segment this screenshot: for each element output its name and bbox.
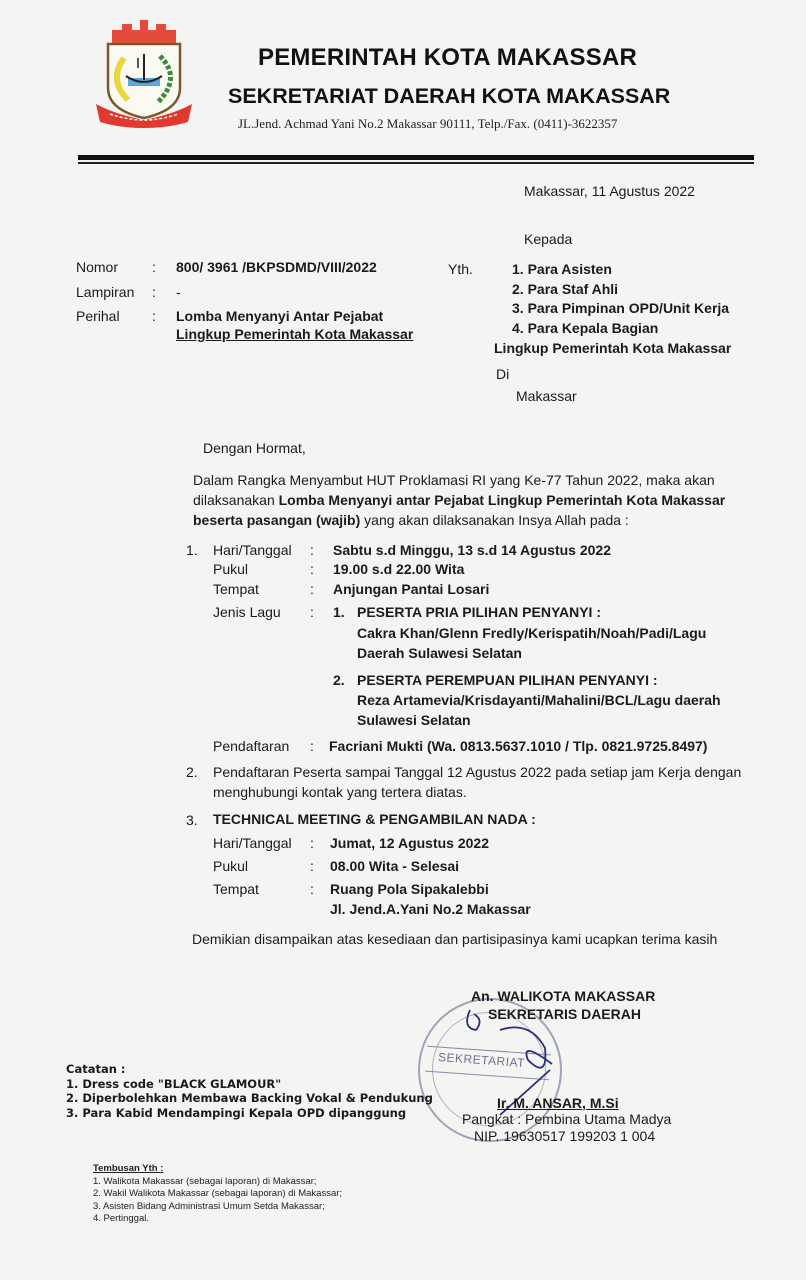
notes-section: Catatan : 1. Dress code "BLACK GLAMOUR" … <box>66 1062 433 1120</box>
letterhead-thin-rule <box>78 162 754 164</box>
item2-number: 2. <box>186 763 198 781</box>
letter-date: Makassar, 11 Agustus 2022 <box>524 182 695 200</box>
perempuan-number: 2. <box>333 671 345 689</box>
perempuan-singers-line1: Reza Artamevia/Krisdayanti/Mahalini/BCL/… <box>357 691 721 709</box>
cc-item: 3. Asisten Bidang Administrasi Umum Setd… <box>93 1201 342 1214</box>
item3-tempat-line2: Jl. Jend.A.Yani No.2 Makassar <box>330 900 531 918</box>
lampiran-label: Lampiran <box>76 283 134 301</box>
note-item: 3. Para Kabid Mendampingi Kepala OPD dip… <box>66 1106 433 1121</box>
perihal-label: Perihal <box>76 307 120 325</box>
cc-item: 2. Wakil Walikota Makassar (sebagai lapo… <box>93 1188 342 1201</box>
pendaftaran-label: Pendaftaran <box>213 737 289 755</box>
perempuan-title: PESERTA PEREMPUAN PILIHAN PENYANYI : <box>357 671 658 689</box>
closing-sentence: Demikian disampaikan atas kesediaan dan … <box>192 930 717 948</box>
yth-label: Yth. <box>448 260 473 278</box>
item1-hari-value: Sabtu s.d Minggu, 13 s.d 14 Agustus 2022 <box>333 541 611 559</box>
item3-hari-value: Jumat, 12 Agustus 2022 <box>330 834 489 852</box>
item1-number: 1. <box>186 541 198 559</box>
item1-pukul-value: 19.00 s.d 22.00 Wita <box>333 560 464 578</box>
cc-item: 4. Pertinggal. <box>93 1213 342 1226</box>
signature-position: SEKRETARIS DAERAH <box>488 1005 641 1023</box>
item1-tempat-label: Tempat <box>213 580 259 598</box>
pria-title: PESERTA PRIA PILIHAN PENYANYI : <box>357 603 601 621</box>
nomor-colon: : <box>152 258 156 276</box>
recipient-city: Makassar <box>516 387 577 405</box>
item1-tempat-value: Anjungan Pantai Losari <box>333 580 489 598</box>
pria-singers-line1: Cakra Khan/Glenn Fredly/Kerispatih/Noah/… <box>357 624 706 642</box>
perempuan-singers-line2: Sulawesi Selatan <box>357 711 471 729</box>
item3-pukul-value: 08.00 Wita - Selesai <box>330 857 459 875</box>
item3-tempat-line1: Ruang Pola Sipakalebbi <box>330 880 489 898</box>
item3-hari-label: Hari/Tanggal <box>213 834 292 852</box>
cc-title: Tembusan Yth : <box>93 1163 342 1176</box>
pria-number: 1. <box>333 603 345 621</box>
perihal-colon: : <box>152 307 156 325</box>
colon: : <box>310 880 314 898</box>
recipient-item: 4. Para Kepala Bagian <box>512 319 658 337</box>
intro-event-name: Lomba Menyanyi antar Pejabat Lingkup Pem… <box>279 492 726 508</box>
recipient-scope: Lingkup Pemerintah Kota Makassar <box>494 339 731 357</box>
cc-item: 1. Walikota Makassar (sebagai laporan) d… <box>93 1176 342 1189</box>
recipient-item: 2. Para Staf Ahli <box>512 280 618 298</box>
colon: : <box>310 541 314 559</box>
letterhead-title: PEMERINTAH KOTA MAKASSAR <box>258 44 637 72</box>
letterhead-address: JL.Jend. Achmad Yani No.2 Makassar 90111… <box>238 116 617 132</box>
item3-tempat-label: Tempat <box>213 880 259 898</box>
perihal-line2: Lingkup Pemerintah Kota Makassar <box>176 325 413 343</box>
makassar-emblem-icon <box>94 18 194 128</box>
colon: : <box>310 603 314 621</box>
note-item: 1. Dress code "BLACK GLAMOUR" <box>66 1077 433 1092</box>
kepada-label: Kepada <box>524 230 572 248</box>
signatory-nip: NIP. 19630517 199203 1 004 <box>474 1127 655 1145</box>
pendaftaran-contact: Facriani Mukti (Wa. 0813.5637.1010 / Tlp… <box>329 737 707 755</box>
item2-line1: Pendaftaran Peserta sampai Tanggal 12 Ag… <box>213 763 741 781</box>
nomor-label: Nomor <box>76 258 118 276</box>
recipient-di: Di <box>496 365 509 383</box>
item2-line2: menghubungi kontak yang tertera diatas. <box>213 783 467 801</box>
pria-singers-line2: Daerah Sulawesi Selatan <box>357 644 522 662</box>
item1-pukul-label: Pukul <box>213 560 248 578</box>
letterhead-thick-rule <box>78 155 754 160</box>
item3-title: TECHNICAL MEETING & PENGAMBILAN NADA : <box>213 810 536 828</box>
item3-number: 3. <box>186 811 198 829</box>
salutation: Dengan Hormat, <box>203 439 306 457</box>
lampiran-colon: : <box>152 283 156 301</box>
signatory-rank: Pangkat : Pembina Utama Madya <box>462 1110 671 1128</box>
notes-title: Catatan : <box>66 1062 433 1077</box>
colon: : <box>310 834 314 852</box>
recipient-item: 1. Para Asisten <box>512 260 612 278</box>
item1-hari-label: Hari/Tanggal <box>213 541 292 559</box>
note-item: 2. Diperbolehkan Membawa Backing Vokal &… <box>66 1091 433 1106</box>
item1-jenis-label: Jenis Lagu <box>213 603 281 621</box>
colon: : <box>310 560 314 578</box>
letterhead-subtitle: SEKRETARIAT DAERAH KOTA MAKASSAR <box>228 84 670 109</box>
perihal-line1: Lomba Menyanyi Antar Pejabat <box>176 307 383 325</box>
intro-line1: Dalam Rangka Menyambut HUT Proklamasi RI… <box>193 470 773 490</box>
colon: : <box>310 737 314 755</box>
nomor-value: 800/ 3961 /BKPSDMD/VIII/2022 <box>176 258 377 276</box>
intro-text: yang akan dilaksanakan Insya Allah pada … <box>360 512 629 528</box>
colon: : <box>310 857 314 875</box>
lampiran-value: - <box>176 283 181 301</box>
intro-line3: beserta pasangan (wajib) yang akan dilak… <box>193 510 773 530</box>
colon: : <box>310 580 314 598</box>
cc-section: Tembusan Yth : 1. Walikota Makassar (seb… <box>93 1163 342 1226</box>
signature-on-behalf: An. WALIKOTA MAKASSAR <box>471 987 655 1005</box>
recipient-item: 3. Para Pimpinan OPD/Unit Kerja <box>512 299 729 317</box>
intro-paragraph: Dalam Rangka Menyambut HUT Proklamasi RI… <box>193 470 773 530</box>
intro-line2: dilaksanakan Lomba Menyanyi antar Pejaba… <box>193 490 773 510</box>
intro-text: dilaksanakan <box>193 492 279 508</box>
item3-pukul-label: Pukul <box>213 857 248 875</box>
intro-partner-note: beserta pasangan (wajib) <box>193 512 360 528</box>
